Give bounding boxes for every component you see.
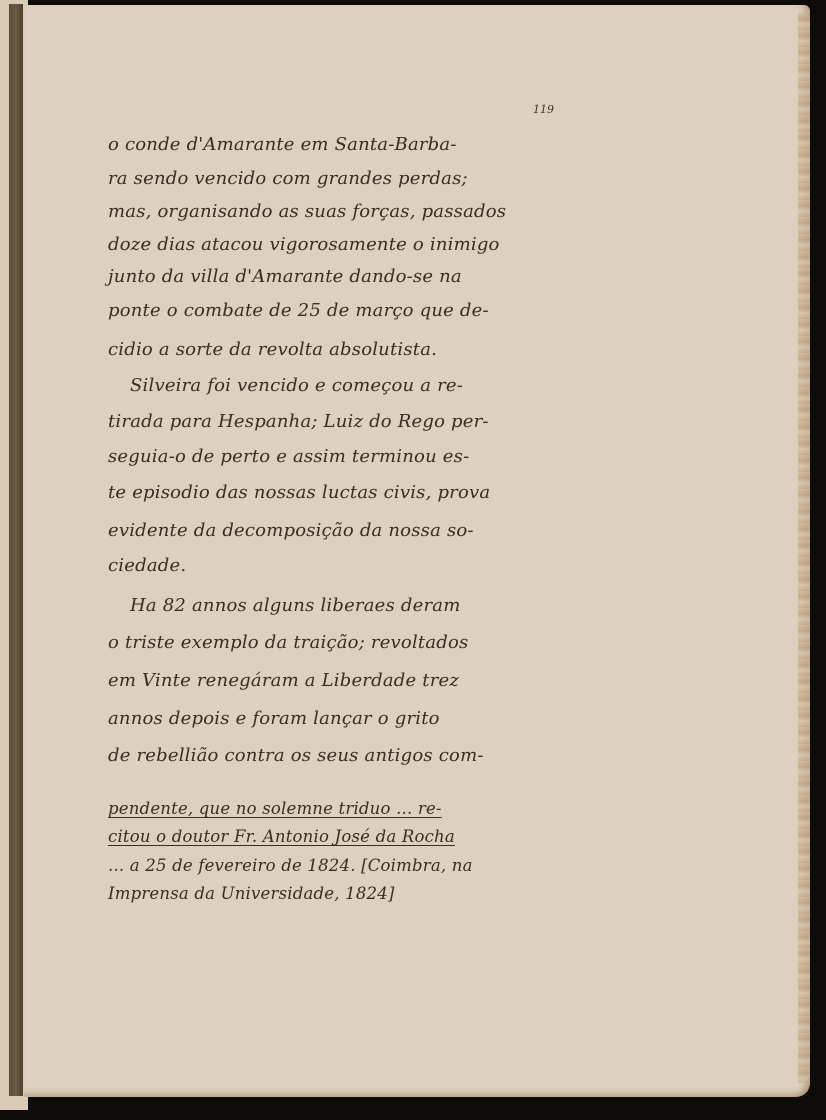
text-line: ponte o combate de 25 de março que de- bbox=[108, 300, 489, 321]
text-line: tirada para Hespanha; Luiz do Rego per- bbox=[108, 411, 489, 432]
note-line: ... a 25 de fevereiro de 1824. [Coimbra,… bbox=[108, 856, 473, 875]
paragraph-start-line: Ha 82 annos alguns liberaes deram bbox=[130, 595, 460, 616]
text-line: o triste exemplo da traição; revoltados bbox=[108, 632, 468, 653]
paragraph-start-line: Silveira foi vencido e começou a re- bbox=[130, 375, 463, 396]
note-line: pendente, que no solemne triduo ... re- bbox=[108, 799, 442, 818]
text-line: annos depois e foram lançar o grito bbox=[108, 708, 440, 729]
page-number: 119 bbox=[533, 103, 554, 116]
text-line: junto da villa d'Amarante dando-se na bbox=[108, 266, 462, 287]
text-line: em Vinte renegáram a Liberdade trez bbox=[108, 670, 459, 691]
text-line: seguia-o de perto e assim terminou es- bbox=[108, 446, 469, 467]
note-line: Imprensa da Universidade, 1824] bbox=[108, 884, 395, 903]
text-line: ra sendo vencido com grandes perdas; bbox=[108, 168, 468, 189]
text-line: de rebellião contra os seus antigos com- bbox=[108, 745, 484, 766]
note-line: citou o doutor Fr. Antonio José da Rocha bbox=[108, 827, 455, 846]
text-line: evidente da decomposição da nossa so- bbox=[108, 520, 474, 541]
text-line: ciedade. bbox=[108, 555, 186, 576]
text-line: doze dias atacou vigorosamente o inimigo bbox=[108, 234, 500, 255]
book-spine-shadow bbox=[9, 4, 23, 1096]
deckled-page-edge bbox=[798, 13, 810, 1083]
text-line: cidio a sorte da revolta absolutista. bbox=[108, 339, 437, 360]
text-line: te episodio das nossas luctas civis, pro… bbox=[108, 482, 490, 503]
text-line: mas, organisando as suas forças, passado… bbox=[108, 201, 506, 222]
text-line: o conde d'Amarante em Santa-Barba- bbox=[108, 134, 457, 155]
